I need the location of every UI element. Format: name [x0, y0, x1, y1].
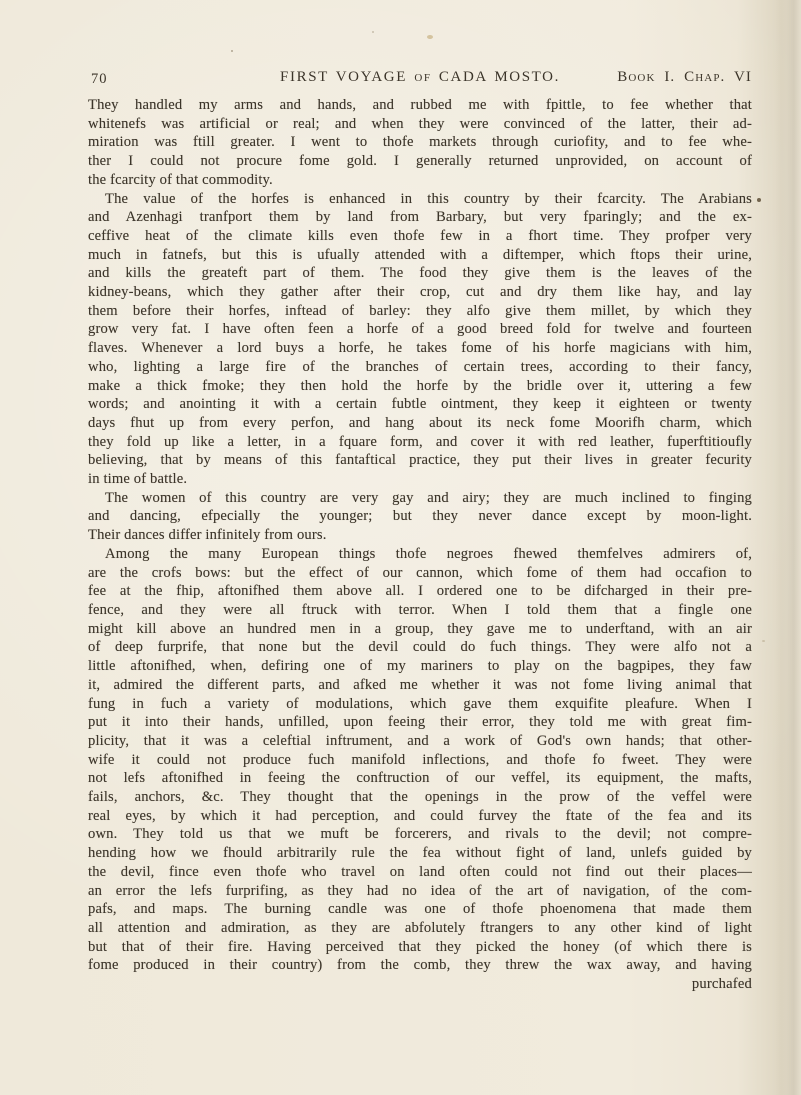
text-line: and kills the greateft part of them. The… [88, 264, 752, 283]
text-line: much in fatnefs, but this is ufually att… [88, 246, 752, 265]
text-line: are the crofs bows: but the effect of ou… [88, 564, 752, 583]
text-line: but that of their fire. Having perceived… [88, 938, 752, 957]
running-head: 70 FIRST VOYAGE of CADA MOSTO. Book I. C… [88, 69, 752, 89]
book-page-scan: 70 FIRST VOYAGE of CADA MOSTO. Book I. C… [0, 0, 801, 1095]
text-line: them before their horfes, inftead of bar… [88, 302, 752, 321]
text-line: who, lighting a large fire of the branch… [88, 358, 752, 377]
text-line: Among the many European things thofe neg… [88, 545, 752, 564]
text-line: Their dances differ infinitely from ours… [88, 526, 752, 545]
text-line: of deep furprife, that none but the devi… [88, 638, 752, 657]
catchword: purchafed [692, 976, 752, 992]
text-line: it, admired the different parts, and afk… [88, 676, 752, 695]
text-line: wife it could not produce fuch manifold … [88, 751, 752, 770]
text-line: all attention and admiration, as they ar… [88, 919, 752, 938]
text-line: fee at the fhip, aftonifhed them above a… [88, 582, 752, 601]
text-line: fence, and they were all ftruck with ter… [88, 601, 752, 620]
body-text: They handled my arms and hands, and rubb… [88, 96, 752, 975]
text-line: plicity, that it was a celeftial inftrum… [88, 732, 752, 751]
text-line: real eyes, by which it had perception, a… [88, 807, 752, 826]
text-line: grow very fat. I have often feen a horfe… [88, 320, 752, 339]
text-line: fails, anchors, &c. They thought that th… [88, 788, 752, 807]
text-line: the devil, fince even thofe who travel o… [88, 863, 752, 882]
text-line: hending how we fhould arbitrarily rule t… [88, 844, 752, 863]
text-line: the fcarcity of that commodity. [88, 171, 752, 190]
text-line: miration was ftill greater. I went to th… [88, 133, 752, 152]
ink-speck [762, 640, 765, 642]
text-line: believing, that by means of this fantaft… [88, 451, 752, 470]
text-line: whitenefs was artificial or real; and wh… [88, 115, 752, 134]
text-line: might kill above an hundred men in a gro… [88, 620, 752, 639]
text-line: The value of the horfes is enhanced in t… [88, 190, 752, 209]
text-line: and dancing, efpecially the younger; but… [88, 507, 752, 526]
text-line: in time of battle. [88, 470, 752, 489]
text-line: fung in fuch a variety of modulations, w… [88, 695, 752, 714]
ink-speck [231, 50, 233, 52]
text-line: not lefs aftonifhed in feeing the conftr… [88, 769, 752, 788]
text-line: ceffive heat of the climate kills even t… [88, 227, 752, 246]
text-line: put it into their hands, unfilled, upon … [88, 713, 752, 732]
text-line: own. They told us that we muft be forcer… [88, 825, 752, 844]
text-line: The women of this country are very gay a… [88, 489, 752, 508]
text-line: and Azenhagi tranfport them by land from… [88, 208, 752, 227]
text-line: pafs, and maps. The burning candle was o… [88, 900, 752, 919]
text-line: words; and anointing it with a certain f… [88, 395, 752, 414]
book-chapter-label: Book I. Chap. VI [617, 69, 752, 86]
text-line: kidney-beans, which they gather after th… [88, 283, 752, 302]
text-line: little aftonifhed, when, defiring one of… [88, 657, 752, 676]
paper-stain [427, 35, 433, 39]
text-line: flaves. Whenever a lord buys a horfe, he… [88, 339, 752, 358]
text-line: days fhut up from every perfon, and hang… [88, 414, 752, 433]
page-edge-shadow [775, 0, 801, 1095]
text-line: They handled my arms and hands, and rubb… [88, 96, 752, 115]
text-line: ther I could not procure fome gold. I ge… [88, 152, 752, 171]
text-line: make a thick fmoke; they then hold the h… [88, 377, 752, 396]
ink-speck [757, 198, 761, 202]
text-line: they fold up like a letter, in a fquare … [88, 433, 752, 452]
text-line: an error the lefs furprifing, as they ha… [88, 882, 752, 901]
ink-speck [372, 31, 374, 33]
catchword-row: purchafed [88, 975, 752, 994]
text-line: fome produced in their country) from the… [88, 956, 752, 975]
